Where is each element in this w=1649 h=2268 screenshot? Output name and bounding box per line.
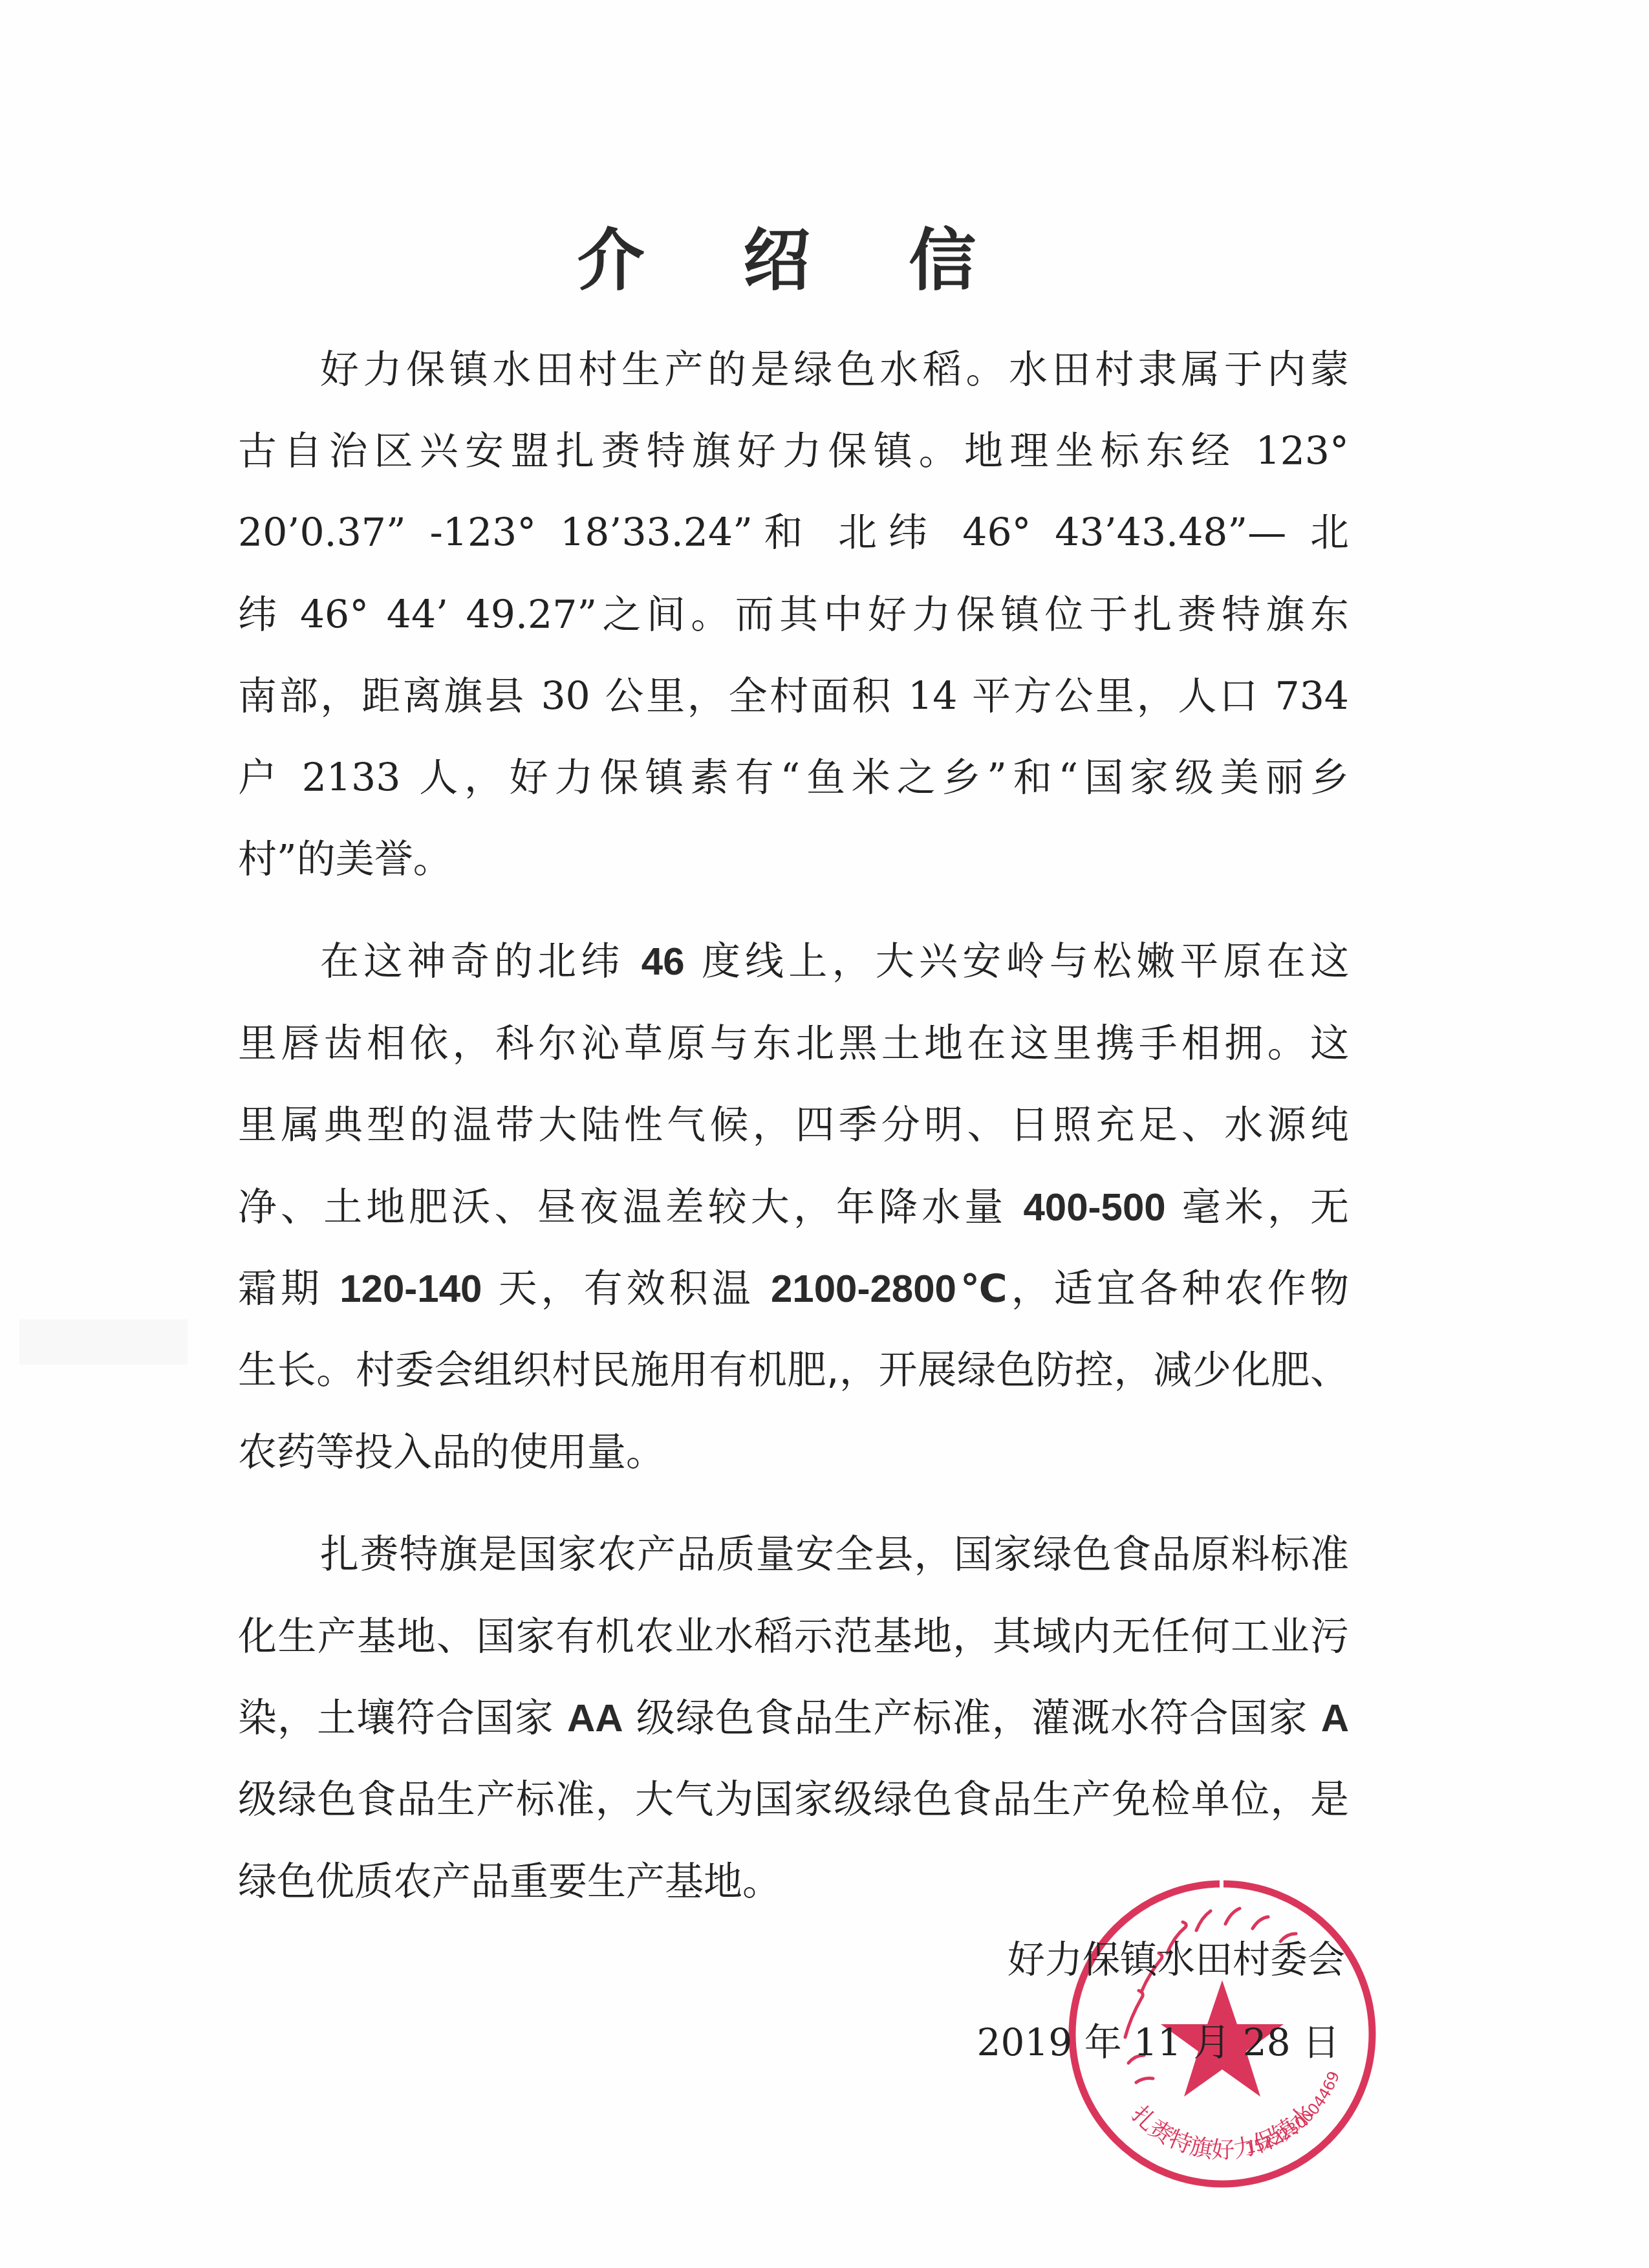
text-segment: 霜期 [238, 1266, 339, 1312]
text-segment: 度线上，大兴安岭与松嫩平原在这 [685, 939, 1349, 984]
document-page: 介 绍 信 好力保镇水田村生产的是绿色水稻。水田村隶属于内蒙 古自治区兴安盟扎赉… [0, 0, 1649, 2268]
paragraph-2-line-7: 农药等投入品的使用量。 [238, 1427, 1349, 1478]
paragraph-3-line-2: 化生产基地、国家有机农业水稻示范基地，其域内无任何工业污 [238, 1611, 1349, 1663]
text-segment: 毫米，无 [1166, 1185, 1349, 1230]
paragraph-3-line-1: 扎赉特旗是国家农产品质量安全县，国家绿色食品原料标准 [320, 1529, 1349, 1581]
paragraph-3-line-3: 染，土壤符合国家 AA 级绿色食品生产标准，灌溉水符合国家 A [238, 1692, 1349, 1744]
signature-date: 2019 年 11 月 28 日 [977, 2016, 1340, 2068]
paragraph-1-line-7: 村”的美誉。 [238, 834, 1349, 885]
paragraph-1-line-1: 好力保镇水田村生产的是绿色水稻。水田村隶属于内蒙 [320, 344, 1349, 396]
text-segment: 级绿色食品生产标准，灌溉水符合国家 [623, 1696, 1321, 1741]
paragraph-1-line-5: 南部，距离旗县 30 公里，全村面积 14 平方公里，人口 734 [238, 671, 1349, 722]
paragraph-2-line-2: 里唇齿相依，科尔沁草原与东北黑土地在这里携手相拥。这 [238, 1018, 1349, 1070]
text-segment: 天，有效积温 [482, 1266, 771, 1312]
paragraph-2-line-5: 霜期 120-140 天，有效积温 2100-2800℃，适宜各种农作物 [238, 1263, 1349, 1315]
text-segment: 净、土地肥沃、昼夜温差较大，年降水量 [238, 1185, 1023, 1230]
signature-organization: 好力保镇水田村委会 [1008, 1934, 1345, 1985]
paragraph-1-line-2: 古自治区兴安盟扎赉特旗好力保镇。地理坐标东经 123° [238, 426, 1349, 477]
paragraph-2-line-3: 里属典型的温带大陆性气候，四季分明、日照充足、水源纯 [238, 1099, 1349, 1151]
paragraph-3-line-4: 级绿色食品生产标准，大气为国家级绿色食品生产免检单位，是 [238, 1774, 1349, 1826]
text-segment: 在这神奇的北纬 [320, 939, 641, 984]
scan-artifact [19, 1319, 188, 1365]
text-segment: 染，土壤符合国家 [238, 1696, 567, 1741]
paragraph-2-line-1: 在这神奇的北纬 46 度线上，大兴安岭与松嫩平原在这 [320, 936, 1349, 988]
paragraph-2-line-4: 净、土地肥沃、昼夜温差较大，年降水量 400-500 毫米，无 [238, 1182, 1349, 1233]
frost-free-days-range: 120-140 [339, 1267, 482, 1310]
page-title: 介 绍 信 [0, 219, 1591, 303]
text-segment: ，适宜各种农作物 [1011, 1266, 1349, 1312]
grade-label: A [1321, 1696, 1349, 1740]
paragraph-1-line-3: 20’0.37” -123° 18’33.24”和 北纬 46° 43’43.4… [238, 507, 1349, 559]
precipitation-range: 400-500 [1023, 1185, 1165, 1229]
paragraph-1-line-6: 户 2133 人，好力保镇素有“鱼米之乡”和“国家级美丽乡 [238, 752, 1349, 804]
paragraph-1-line-4: 纬 46° 44’ 49.27”之间。而其中好力保镇位于扎赉特旗东 [238, 589, 1349, 641]
grade-label: AA [567, 1696, 623, 1740]
accumulated-temperature-range: 2100-2800℃ [771, 1267, 1011, 1310]
paragraph-2-line-6: 生长。村委会组织村民施用有机肥,，开展绿色防控，减少化肥、 [238, 1345, 1349, 1396]
latitude-number: 46 [641, 940, 685, 983]
